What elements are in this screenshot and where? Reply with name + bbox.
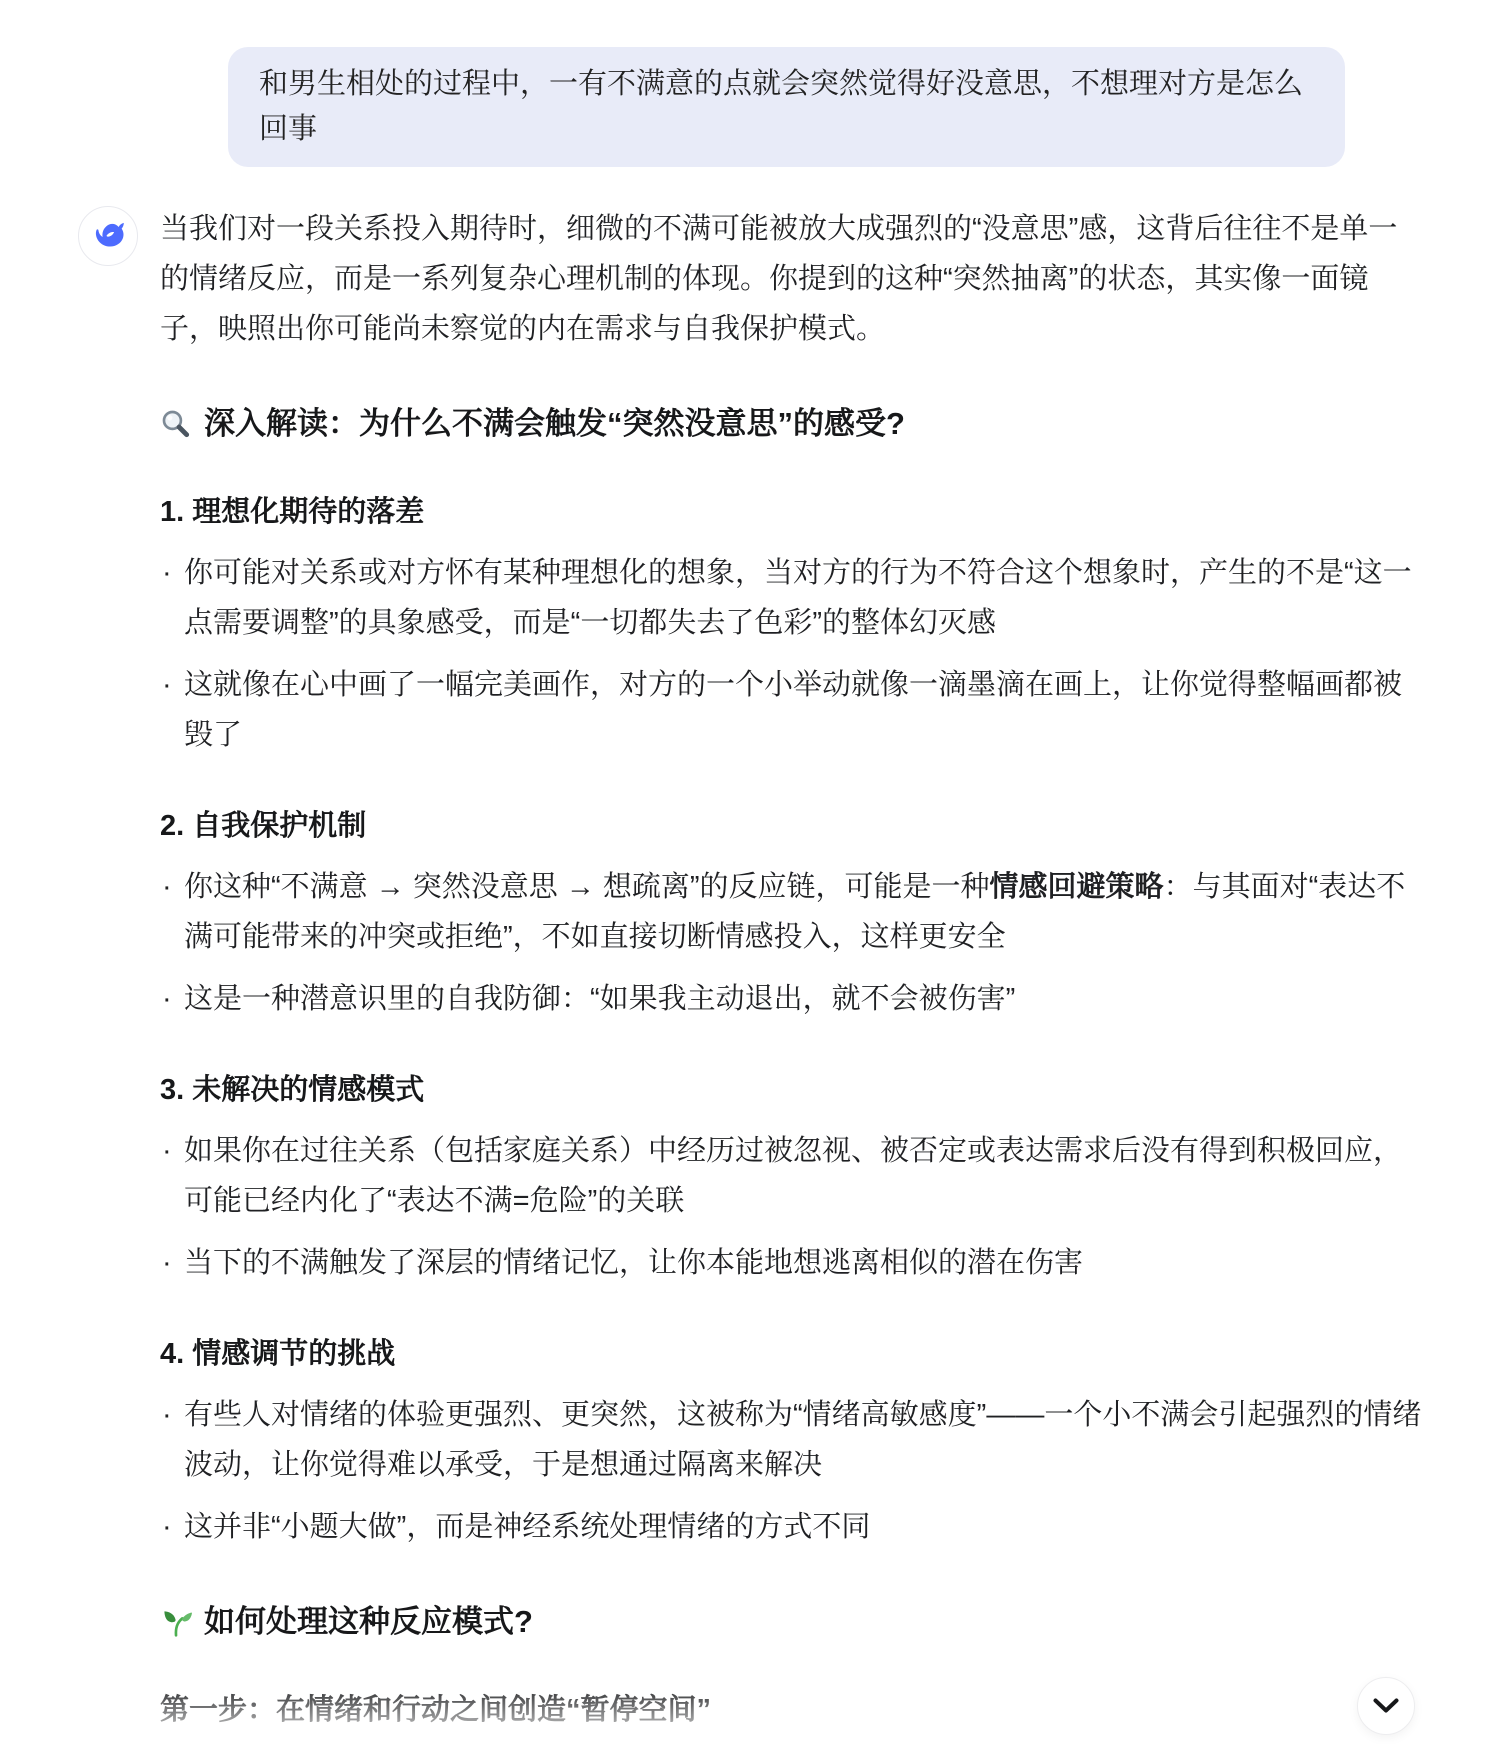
bullet-text: 这并非“小题大做”，而是神经系统处理情绪的方式不同	[184, 1511, 870, 1543]
heading-text: 4. 情感调节的挑战	[160, 1338, 395, 1370]
bullet-item: ·你可能对关系或对方怀有某种理想化的想象，当对方的行为不符合这个想象时，产生的不…	[160, 548, 1425, 648]
chevron-down-icon	[1373, 1698, 1399, 1714]
bullet-dot: ·	[162, 1126, 172, 1176]
bullet-list: ·你可能对关系或对方怀有某种理想化的想象，当对方的行为不符合这个想象时，产生的不…	[160, 548, 1425, 760]
heading-text: 如何处理这种反应模式?	[204, 1600, 533, 1644]
bullet-text: 这是一种潜意识里的自我防御：“如果我主动退出，就不会被伤害”	[184, 983, 1015, 1015]
user-message-bubble: 和男生相处的过程中，一有不满意的点就会突然觉得好没意思，不想理对方是怎么回事	[228, 47, 1345, 167]
assistant-blocks: 深入解读：为什么不满会触发“突然没意思”的感受?1. 理想化期待的落差·你可能对…	[160, 402, 1425, 1732]
bullet-text: 当下的不满触发了深层的情绪记忆，让你本能地想逃离相似的潜在伤害	[184, 1247, 1083, 1279]
heading-text: 2. 自我保护机制	[160, 810, 366, 842]
user-message-row: 和男生相处的过程中，一有不满意的点就会突然觉得好没意思，不想理对方是怎么回事	[0, 0, 1499, 167]
sub-heading: 第一步：在情绪和行动之间创造“暂停空间”	[160, 1688, 1425, 1732]
bullet-dot: ·	[162, 660, 172, 710]
bullet-dot: ·	[162, 862, 172, 912]
bullet-text: 如果你在过往关系（包括家庭关系）中经历过被忽视、被否定或表达需求后没有得到积极回…	[184, 1135, 1402, 1217]
user-message-text: 和男生相处的过程中，一有不满意的点就会突然觉得好没意思，不想理对方是怎么回事	[259, 68, 1303, 145]
bullet-text: 这就像在心中画了一幅完美画作，对方的一个小举动就像一滴墨滴在画上，让你觉得整幅画…	[184, 669, 1402, 751]
bullet-item: ·当下的不满触发了深层的情绪记忆，让你本能地想逃离相似的潜在伤害	[160, 1238, 1425, 1288]
sub-heading: 4. 情感调节的挑战	[160, 1332, 1425, 1376]
bullet-dot: ·	[162, 548, 172, 598]
bullet-dot: ·	[162, 1390, 172, 1440]
assistant-message-row: 当我们对一段关系投入期待时，细微的不满可能被放大成强烈的“没意思”感，这背后往往…	[0, 167, 1499, 1732]
heading-text: 深入解读：为什么不满会触发“突然没意思”的感受?	[204, 402, 905, 446]
bullet-item: ·如果你在过往关系（包括家庭关系）中经历过被忽视、被否定或表达需求后没有得到积极…	[160, 1126, 1425, 1226]
sub-heading: 1. 理想化期待的落差	[160, 490, 1425, 534]
bullet-item: ·这是一种潜意识里的自我防御：“如果我主动退出，就不会被伤害”	[160, 974, 1425, 1024]
sub-heading: 3. 未解决的情感模式	[160, 1068, 1425, 1112]
deepseek-whale-icon	[88, 216, 128, 256]
assistant-intro-paragraph: 当我们对一段关系投入期待时，细微的不满可能被放大成强烈的“没意思”感，这背后往往…	[160, 204, 1425, 354]
section-heading: 如何处理这种反应模式?	[160, 1600, 1425, 1644]
bullet-list: ·如果你在过往关系（包括家庭关系）中经历过被忽视、被否定或表达需求后没有得到积极…	[160, 1126, 1425, 1288]
heading-text: 第一步：在情绪和行动之间创造“暂停空间”	[160, 1694, 711, 1726]
assistant-message-body: 当我们对一段关系投入期待时，细微的不满可能被放大成强烈的“没意思”感，这背后往往…	[160, 204, 1425, 1732]
section-heading: 深入解读：为什么不满会触发“突然没意思”的感受?	[160, 402, 1425, 446]
magnifier-icon	[160, 408, 192, 440]
bullet-dot: ·	[162, 974, 172, 1024]
sub-heading: 2. 自我保护机制	[160, 804, 1425, 848]
bullet-text: 有些人对情绪的体验更强烈、更突然，这被称为“情绪高敏感度”——一个小不满会引起强…	[184, 1399, 1421, 1481]
bullet-list: ·你这种“不满意 → 突然没意思 → 想疏离”的反应链，可能是一种情感回避策略：…	[160, 862, 1425, 1024]
bullet-dot: ·	[162, 1502, 172, 1552]
bullet-item: ·有些人对情绪的体验更强烈、更突然，这被称为“情绪高敏感度”——一个小不满会引起…	[160, 1390, 1425, 1490]
scroll-to-bottom-button[interactable]	[1357, 1677, 1415, 1735]
heading-text: 1. 理想化期待的落差	[160, 496, 424, 528]
bullet-item: ·这并非“小题大做”，而是神经系统处理情绪的方式不同	[160, 1502, 1425, 1552]
seedling-icon	[160, 1606, 192, 1638]
bullet-item: ·这就像在心中画了一幅完美画作，对方的一个小举动就像一滴墨滴在画上，让你觉得整幅…	[160, 660, 1425, 760]
bullet-dot: ·	[162, 1238, 172, 1288]
assistant-avatar	[78, 206, 138, 266]
bullet-text: 你可能对关系或对方怀有某种理想化的想象，当对方的行为不符合这个想象时，产生的不是…	[184, 557, 1412, 639]
bullet-item: ·你这种“不满意 → 突然没意思 → 想疏离”的反应链，可能是一种情感回避策略：…	[160, 862, 1425, 962]
bullet-text: 你这种“不满意 → 突然没意思 → 想疏离”的反应链，可能是一种情感回避策略：与…	[184, 871, 1405, 953]
heading-text: 3. 未解决的情感模式	[160, 1074, 424, 1106]
bullet-list: ·有些人对情绪的体验更强烈、更突然，这被称为“情绪高敏感度”——一个小不满会引起…	[160, 1390, 1425, 1552]
